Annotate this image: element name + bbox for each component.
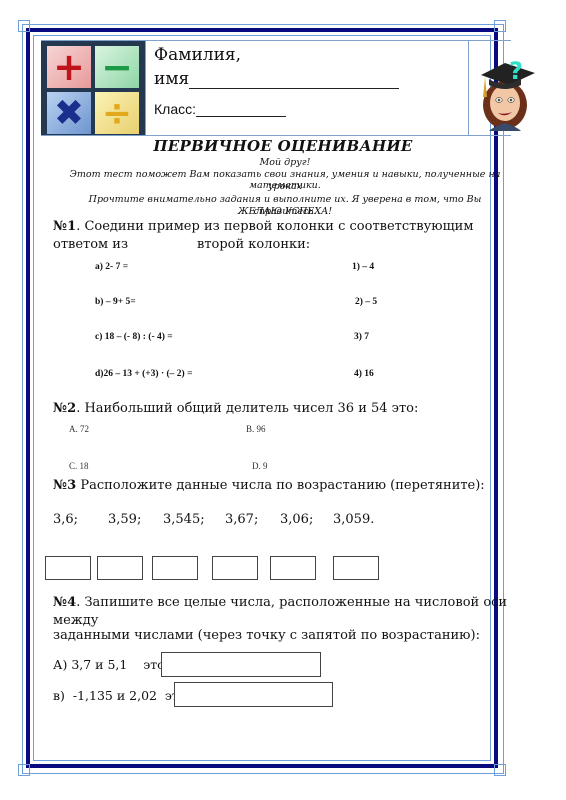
task-4-text-cont: заданными числами (через точку с запятой… bbox=[53, 627, 480, 645]
plus-icon: + bbox=[47, 46, 91, 88]
task-2-option-d[interactable]: D. 9 bbox=[252, 461, 268, 471]
border-corner-ornament bbox=[18, 764, 30, 776]
avatar-cell: ? bbox=[471, 41, 541, 135]
drop-slot-2[interactable] bbox=[97, 556, 143, 580]
task-2-option-c[interactable]: C. 18 bbox=[69, 461, 89, 471]
border-corner-ornament bbox=[494, 764, 506, 776]
draggable-number[interactable]: 3,06; bbox=[280, 512, 313, 527]
drop-slot-5[interactable] bbox=[270, 556, 316, 580]
minus-icon: − bbox=[95, 46, 139, 88]
task-1-answer-2[interactable]: 2) – 5 bbox=[355, 297, 377, 307]
task-1-example-d[interactable]: d)26 – 13 + (+3) · (– 2) = bbox=[95, 369, 193, 379]
drop-slot-6[interactable] bbox=[333, 556, 379, 580]
task-1-example-c[interactable]: c) 18 – (- 8) : (- 4) = bbox=[95, 332, 173, 342]
graduate-avatar-icon: ? bbox=[475, 45, 541, 131]
task-4-text: . Запишите все целые числа, расположенны… bbox=[53, 595, 507, 628]
task-2-option-b[interactable]: B. 96 bbox=[246, 424, 266, 434]
drop-slot-4[interactable] bbox=[212, 556, 258, 580]
drop-slot-3[interactable] bbox=[152, 556, 198, 580]
name-field[interactable] bbox=[189, 72, 399, 89]
task-1-answer-3[interactable]: 3) 7 bbox=[354, 332, 369, 342]
surname-label: Фамилия, bbox=[154, 45, 241, 65]
task-4-a-input[interactable] bbox=[161, 652, 321, 677]
task-1-answer-4[interactable]: 4) 16 bbox=[354, 369, 374, 379]
draggable-number[interactable]: 3,6; bbox=[53, 512, 78, 527]
intro-greeting: Мой друг! bbox=[60, 157, 510, 169]
task-1-example-a[interactable]: a) 2- 7 = bbox=[95, 262, 128, 272]
class-label: Класс: bbox=[154, 101, 196, 117]
class-field[interactable] bbox=[196, 102, 286, 117]
divide-icon: ÷ bbox=[95, 92, 139, 134]
intro-line-4: ЖЕЛАЮ УСПЕХА! bbox=[60, 206, 510, 218]
draggable-number[interactable]: 3,67; bbox=[225, 512, 258, 527]
task-1-answer-1[interactable]: 1) – 4 bbox=[352, 262, 374, 272]
task-1-number: №1 bbox=[53, 219, 76, 234]
task-3-heading: №3 Расположите данные числа по возрастан… bbox=[53, 477, 485, 495]
task-3-number: №3 bbox=[53, 478, 76, 493]
task-2-text: . Наибольший общий делитель чисел 36 и 5… bbox=[76, 401, 418, 416]
svg-text:?: ? bbox=[509, 57, 523, 85]
task-2-option-a[interactable]: A. 72 bbox=[69, 424, 89, 434]
task-4-b-label: в) -1,135 и 2,02 это bbox=[53, 688, 186, 703]
student-info-cell: Фамилия, имя Класс: bbox=[145, 41, 469, 135]
task-4-heading: №4. Запишите все целые числа, расположен… bbox=[53, 594, 513, 630]
task-4-a-label: А) 3,7 и 5,1 это bbox=[53, 657, 165, 672]
name-label: имя bbox=[154, 69, 189, 89]
task-4-b-input[interactable] bbox=[174, 682, 333, 707]
task-1-example-b[interactable]: b) – 9+ 5= bbox=[95, 297, 136, 307]
task-2-number: №2 bbox=[53, 401, 76, 416]
header-table: + − ✖ ÷ Фамилия, имя Класс: ? bbox=[41, 40, 511, 136]
draggable-number[interactable]: 3,545; bbox=[163, 512, 205, 527]
times-icon: ✖ bbox=[47, 92, 91, 134]
drop-slot-1[interactable] bbox=[45, 556, 91, 580]
math-operations-logo: + − ✖ ÷ bbox=[41, 41, 145, 135]
page-title: ПЕРВИЧНОЕ ОЦЕНИВАНИЕ bbox=[0, 137, 566, 155]
task-4-number: №4 bbox=[53, 595, 76, 610]
draggable-number[interactable]: 3,59; bbox=[108, 512, 141, 527]
task-3-text: Расположите данные числа по возрастанию … bbox=[76, 478, 485, 493]
intro-line-2: математики. bbox=[60, 180, 510, 192]
draggable-number[interactable]: 3,059. bbox=[333, 512, 374, 527]
task-1-text-cont: второй колонки: bbox=[197, 236, 310, 254]
border-corner-ornament bbox=[494, 20, 506, 32]
border-corner-ornament bbox=[18, 20, 30, 32]
task-2-heading: №2. Наибольший общий делитель чисел 36 и… bbox=[53, 400, 418, 418]
